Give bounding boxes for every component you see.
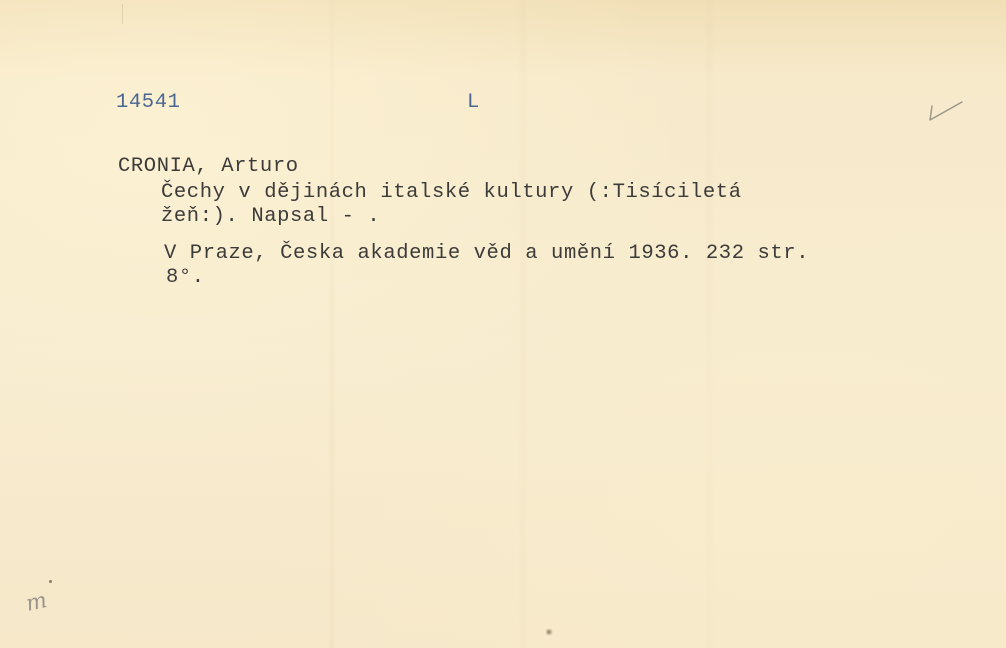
paper-crease — [122, 4, 123, 24]
catalog-card: 14541 L CRONIA, Arturo Čechy v dějinách … — [0, 0, 1006, 648]
location-mark: L — [467, 93, 480, 114]
ink-stain — [545, 628, 553, 636]
checkmark-icon — [924, 96, 968, 124]
pencil-dot — [49, 580, 52, 583]
imprint-line-2: 8°. — [166, 268, 205, 289]
call-number: 14541 — [116, 93, 181, 114]
imprint-line-1: V Praze, Česka akademie věd a umění 1936… — [164, 244, 809, 265]
title-line-1: Čechy v dějinách italské kultury (:Tisíc… — [161, 183, 742, 204]
title-line-2: žeň:). Napsal - . — [161, 207, 380, 228]
handwritten-margin-note: m — [24, 588, 50, 617]
author-heading: CRONIA, Arturo — [118, 157, 299, 178]
